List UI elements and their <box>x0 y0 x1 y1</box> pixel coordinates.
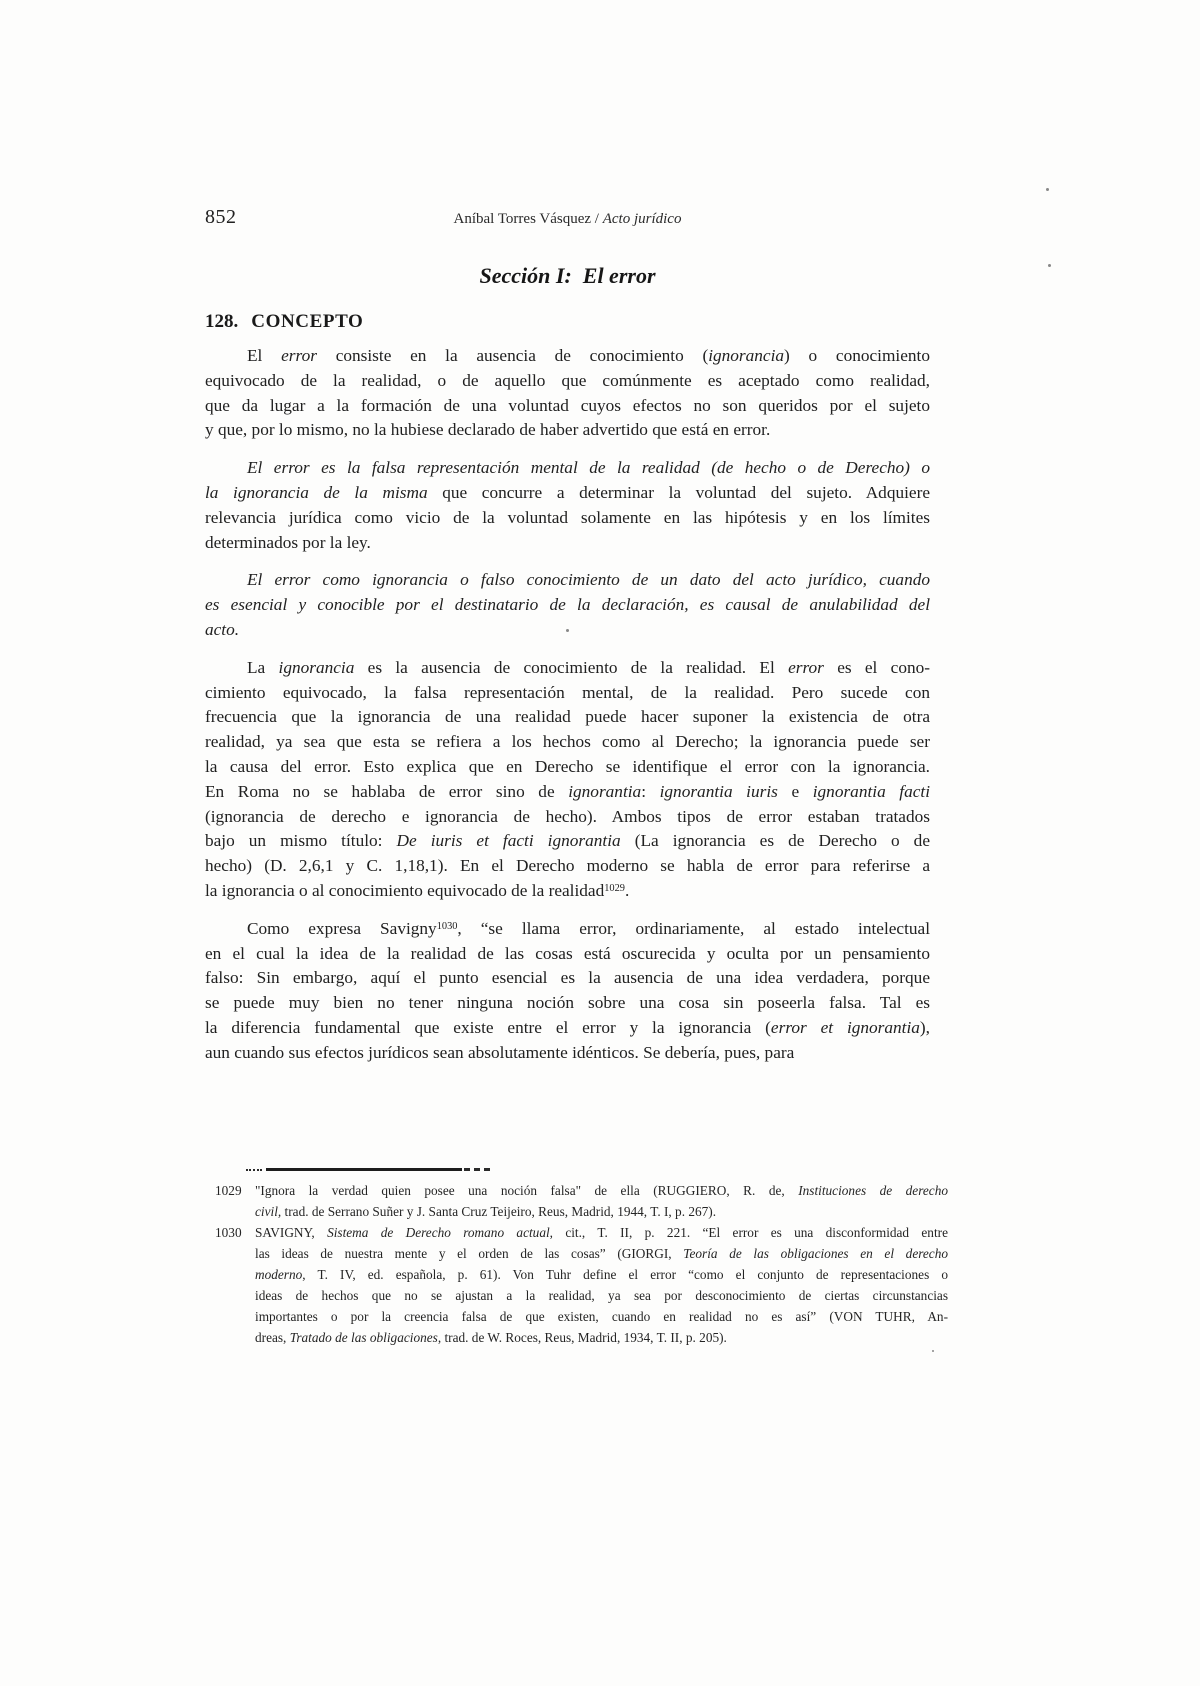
text-segment: es el cono- <box>824 658 930 677</box>
footnote-separator <box>246 1163 490 1171</box>
footnote-line: importantes o por la creencia falsa de q… <box>255 1306 948 1327</box>
text-segment: es la ausencia de conocimiento de la rea… <box>354 658 788 677</box>
text-segment: ignorantia facti <box>813 782 930 801</box>
text-segment: SAVIGNY, <box>255 1225 327 1240</box>
text-line: determinados por la ley. <box>205 531 930 556</box>
text-segment: (La ignorancia es de Derecho o de <box>621 831 930 850</box>
text-segment: La <box>247 658 279 677</box>
text-segment: En Roma no se hablaba de error sino de <box>205 782 568 801</box>
text-segment: ideas de hechos que no se ajustan a la r… <box>255 1288 948 1303</box>
text-segment: acto. <box>205 620 239 639</box>
text-segment: es esencial y conocible por el destinata… <box>205 595 930 614</box>
text-segment: dreas, <box>255 1330 290 1345</box>
text-segment: ), <box>920 1018 930 1037</box>
text-line: Como expresa Savigny1030, “se llama erro… <box>205 917 930 942</box>
text-segment: (ignorancia de derecho e ignorancia de h… <box>205 807 930 826</box>
text-segment: . <box>625 881 629 900</box>
text-line: La ignorancia es la ausencia de conocimi… <box>205 656 930 681</box>
text-segment: la ignorancia de la misma <box>205 483 428 502</box>
text-segment: , T. IV, ed. española, p. 61). Von Tuhr … <box>302 1267 948 1282</box>
text-segment: Teoría de las obligaciones en el derecho <box>683 1246 948 1261</box>
footnote-reference: 1030 <box>437 921 458 932</box>
text-segment: civil, <box>255 1204 281 1219</box>
separator-bar <box>266 1168 462 1171</box>
text-line: falso: Sin embargo, aquí el punto esenci… <box>205 966 930 991</box>
footnote-line: las ideas de nuestra mente y el orden de… <box>255 1243 948 1264</box>
text-segment: relevancia jurídica como vicio de la vol… <box>205 508 930 527</box>
footnote-line: ideas de hechos que no se ajustan a la r… <box>255 1285 948 1306</box>
text-line: bajo un mismo título: De iuris et facti … <box>205 829 930 854</box>
text-segment: frecuencia que la ignorancia de una real… <box>205 707 930 726</box>
footnote-line: civil, trad. de Serrano Suñer y J. Santa… <box>255 1201 948 1222</box>
footnote-line: SAVIGNY, Sistema de Derecho romano actua… <box>255 1222 948 1243</box>
paragraph: Como expresa Savigny1030, “se llama erro… <box>205 917 930 1066</box>
text-segment: cimiento equivocado, la falsa representa… <box>205 683 930 702</box>
text-segment: Sistema de Derecho romano actual <box>327 1225 550 1240</box>
section-heading: 128.CONCEPTO <box>205 311 363 333</box>
text-line: la ignorancia o al conocimiento equivoca… <box>205 879 930 904</box>
text-segment: importantes o por la creencia falsa de q… <box>255 1309 948 1324</box>
text-segment: en el cual la idea de la realidad de las… <box>205 944 930 963</box>
text-line: El error consiste en la ausencia de cono… <box>205 344 930 369</box>
text-segment: que da lugar a la formación de una volun… <box>205 396 930 415</box>
text-segment: Tratado de las obligaciones <box>290 1330 438 1345</box>
footnote: 1029"Ignora la verdad quien posee una no… <box>215 1180 948 1222</box>
paragraph: La ignorancia es la ausencia de conocimi… <box>205 656 930 904</box>
text-line: la ignorancia de la misma que concurre a… <box>205 481 930 506</box>
text-segment: Aníbal Torres Vásquez / <box>454 211 603 227</box>
text-line: y que, por lo mismo, no la hubiese decla… <box>205 418 930 443</box>
footnote-number: 1030 <box>215 1222 242 1243</box>
separator-dash <box>464 1168 490 1171</box>
text-segment: error <box>788 658 824 677</box>
text-segment: las ideas de nuestra mente y el orden de… <box>255 1246 683 1261</box>
heading-label: CONCEPTO <box>251 311 363 332</box>
running-title: Aníbal Torres Vásquez / Acto jurídico <box>205 211 930 228</box>
text-segment: moderno <box>255 1267 302 1282</box>
text-segment: bajo un mismo título: <box>205 831 397 850</box>
text-line: que da lugar a la formación de una volun… <box>205 394 930 419</box>
text-segment: que concurre a determinar la voluntad de… <box>428 483 930 502</box>
text-line: en el cual la idea de la realidad de las… <box>205 942 930 967</box>
text-line: El error como ignorancia o falso conocim… <box>205 568 930 593</box>
text-segment: : <box>641 782 659 801</box>
text-line: (ignorancia de derecho e ignorancia de h… <box>205 805 930 830</box>
text-line: realidad, ya sea que esta se refiera a l… <box>205 730 930 755</box>
scan-speck <box>932 1350 934 1352</box>
text-line: equivocado de la realidad, o de aquello … <box>205 369 930 394</box>
text-segment: determinados por la ley. <box>205 533 371 552</box>
heading-number: 128. <box>205 311 238 332</box>
text-segment: El error es la falsa representación ment… <box>247 458 930 477</box>
text-segment: El error como ignorancia o falso conocim… <box>247 570 930 589</box>
text-segment: la ignorancia o al conocimiento equivoca… <box>205 881 604 900</box>
text-segment: se puede muy bien no tener ninguna noció… <box>205 993 930 1012</box>
footnotes: 1029"Ignora la verdad quien posee una no… <box>215 1180 948 1348</box>
text-segment: trad. de Serrano Suñer y J. Santa Cruz T… <box>281 1204 716 1219</box>
footnote-line: moderno, T. IV, ed. española, p. 61). Vo… <box>255 1264 948 1285</box>
footnote-line: "Ignora la verdad quien posee una noción… <box>255 1180 948 1201</box>
text-line: la diferencia fundamental que existe ent… <box>205 1016 930 1041</box>
text-line: aun cuando sus efectos jurídicos sean ab… <box>205 1041 930 1066</box>
text-segment: realidad, ya sea que esta se refiera a l… <box>205 732 930 751</box>
text-segment: ) o conocimiento <box>784 346 930 365</box>
text-line: relevancia jurídica como vicio de la vol… <box>205 506 930 531</box>
text-segment: hecho) (D. 2,6,1 y C. 1,18,1). En el Der… <box>205 856 930 875</box>
text-segment: "Ignora la verdad quien posee una noción… <box>255 1183 798 1198</box>
text-segment: la diferencia fundamental que existe ent… <box>205 1018 771 1037</box>
text-segment: ignorancia <box>708 346 784 365</box>
text-segment: e <box>778 782 813 801</box>
text-line: se puede muy bien no tener ninguna noció… <box>205 991 930 1016</box>
text-segment: y que, por lo mismo, no la hubiese decla… <box>205 420 770 439</box>
separator-dots <box>246 1169 262 1171</box>
scan-speck <box>1048 264 1051 267</box>
text-segment: Instituciones de derecho <box>798 1183 948 1198</box>
text-segment: equivocado de la realidad, o de aquello … <box>205 371 930 390</box>
body-text: El error consiste en la ausencia de cono… <box>205 344 930 1066</box>
text-line: En Roma no se hablaba de error sino de i… <box>205 780 930 805</box>
scan-speck <box>566 629 569 632</box>
scan-speck <box>1046 188 1049 191</box>
text-segment: Acto jurídico <box>603 211 682 227</box>
text-segment: ignorantia iuris <box>660 782 778 801</box>
text-segment: error <box>281 346 317 365</box>
text-segment: , cit., T. II, p. 221. “El error es una … <box>550 1225 948 1240</box>
paragraph: El error consiste en la ausencia de cono… <box>205 344 930 443</box>
text-line: El error es la falsa representación ment… <box>205 456 930 481</box>
text-segment: consiste en la ausencia de conocimiento … <box>317 346 708 365</box>
book-page: 852 Aníbal Torres Vásquez / Acto jurídic… <box>0 0 1200 1686</box>
paragraph: El error es la falsa representación ment… <box>205 456 930 555</box>
text-line: hecho) (D. 2,6,1 y C. 1,18,1). En el Der… <box>205 854 930 879</box>
text-segment: la causa del error. Esto explica que en … <box>205 757 930 776</box>
text-segment: Como expresa Savigny <box>247 919 437 938</box>
text-segment: error et ignorantia <box>771 1018 920 1037</box>
text-segment: , “se llama error, ordinariamente, al es… <box>457 919 930 938</box>
footnote-line: dreas, Tratado de las obligaciones, trad… <box>255 1327 948 1348</box>
text-line: es esencial y conocible por el destinata… <box>205 593 930 618</box>
text-segment: aun cuando sus efectos jurídicos sean ab… <box>205 1043 794 1062</box>
text-line: frecuencia que la ignorancia de una real… <box>205 705 930 730</box>
text-segment: El <box>247 346 281 365</box>
text-segment: , trad. de W. Roces, Reus, Madrid, 1934,… <box>438 1330 727 1345</box>
text-line: la causa del error. Esto explica que en … <box>205 755 930 780</box>
section-title: Sección I: El error <box>205 263 930 289</box>
text-segment: ignorancia <box>279 658 355 677</box>
text-segment: falso: Sin embargo, aquí el punto esenci… <box>205 968 930 987</box>
footnote: 1030SAVIGNY, Sistema de Derecho romano a… <box>215 1222 948 1348</box>
footnote-number: 1029 <box>215 1180 242 1201</box>
text-segment: ignorantia <box>568 782 641 801</box>
text-segment: De iuris et facti ignorantia <box>397 831 621 850</box>
footnote-reference: 1029 <box>604 883 625 894</box>
text-line: cimiento equivocado, la falsa representa… <box>205 681 930 706</box>
